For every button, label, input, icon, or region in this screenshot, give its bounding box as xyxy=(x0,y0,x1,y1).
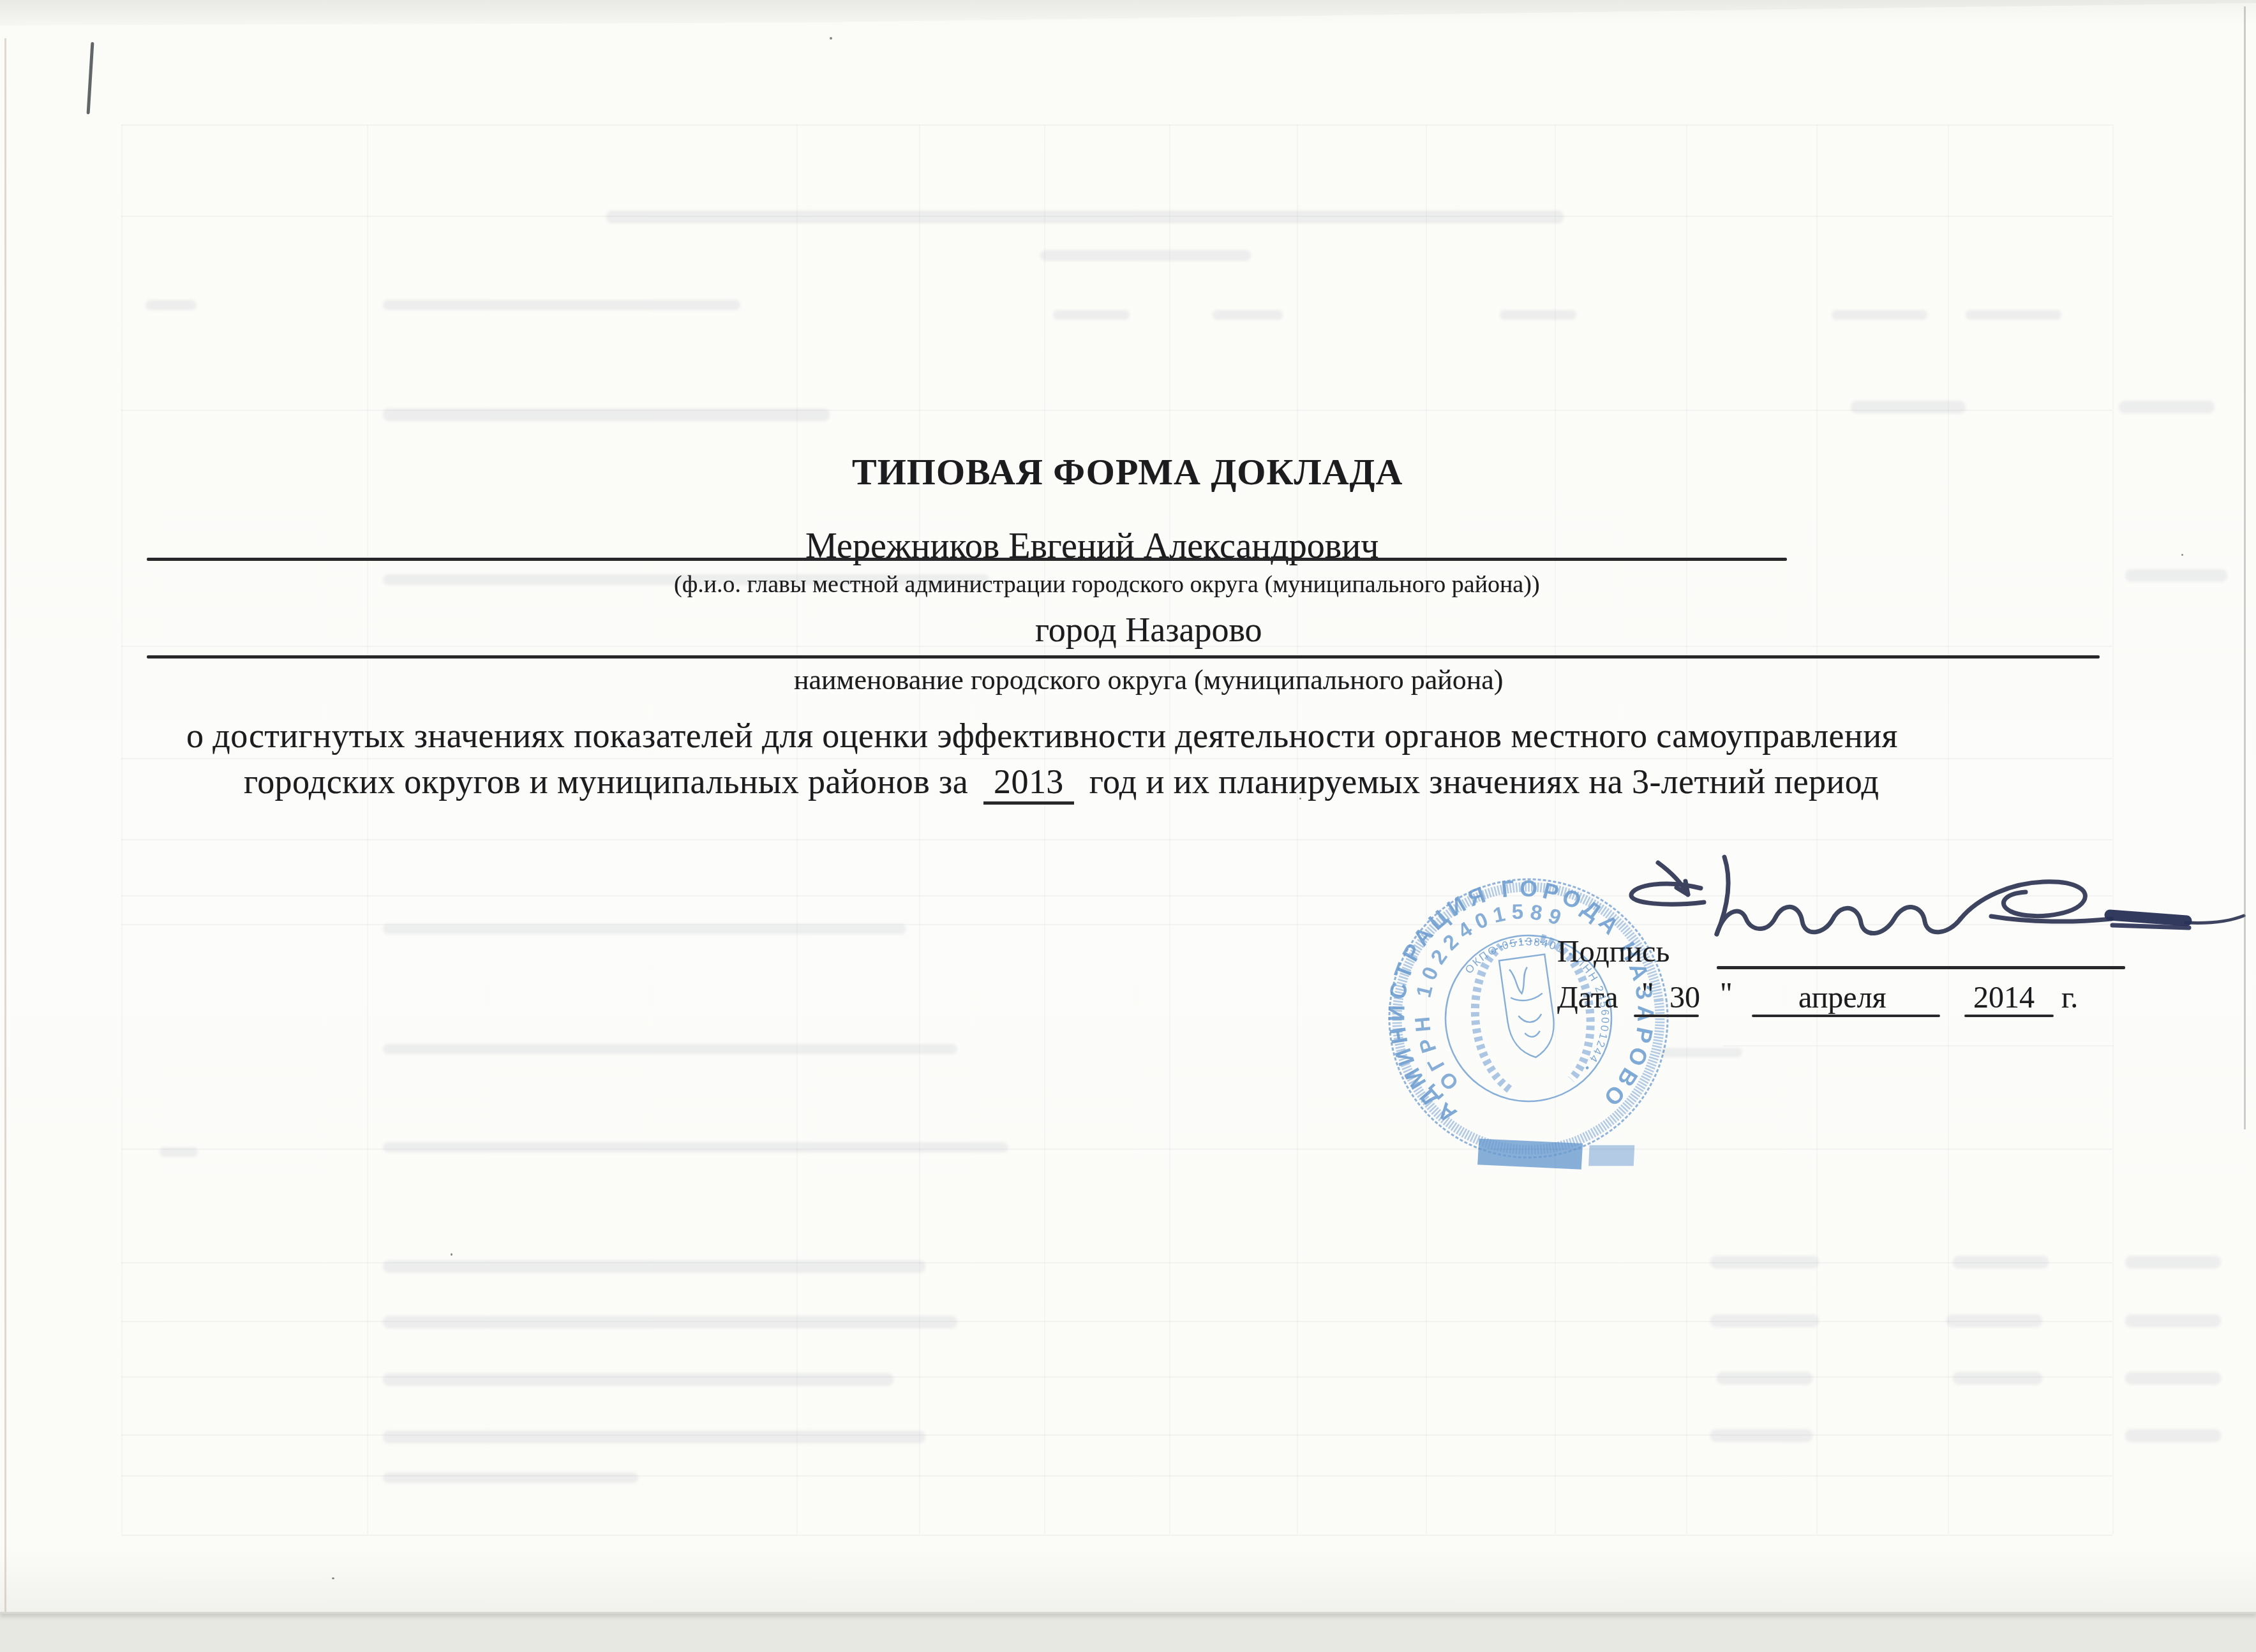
signature-ink xyxy=(0,0,2256,1652)
scanned-page: АДМИНИСТРАЦИЯ ГОРОДА НАЗАРОВО ОГРН 10224… xyxy=(0,0,2256,1612)
scan-right-edge xyxy=(2244,6,2246,1129)
scan-left-edge xyxy=(4,38,6,1612)
